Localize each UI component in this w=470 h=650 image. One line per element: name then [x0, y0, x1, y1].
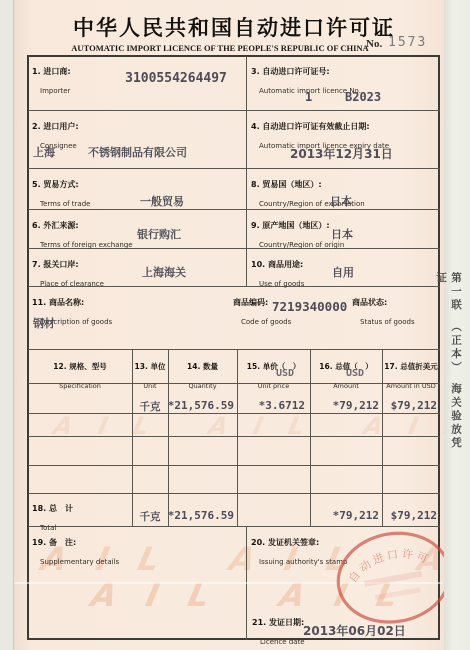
field-expiry-label-cn: 4. 自动进口许可证有效截止日期: — [251, 122, 370, 131]
terms-of-trade-label-en: Terms of trade — [40, 200, 90, 208]
field-consignee: 2. 进口用户: Consignee — [28, 111, 247, 169]
col-unit-cn: 13. 单位 — [135, 362, 166, 371]
foreign-exchange-label-cn: 6. 外汇来源: — [32, 221, 79, 230]
table-row-empty — [28, 414, 440, 437]
origin-country-value: 日本 — [331, 226, 353, 242]
place-of-clearance-label-cn: 7. 报关口岸: — [32, 260, 79, 269]
total-quantity: *21,576.59 — [160, 509, 234, 522]
licence-date-label-en: Licence date — [260, 638, 305, 646]
field-importer-label-cn: 1. 进口商: — [32, 67, 71, 76]
field-importer-label-en: Importer — [40, 87, 70, 95]
row1-amount-usd: $79,212 — [355, 399, 437, 412]
licence-no-value-2: B2023 — [345, 90, 381, 104]
issuing-authority-stamp: 自动进口许可 — [330, 518, 454, 640]
field-consignee-label-cn: 2. 进口用户: — [32, 122, 79, 131]
col-specification-cn: 12. 规格、型号 — [53, 362, 106, 371]
expiry-date-value: 2013年12月31日 — [290, 145, 393, 162]
copy-designation-text: 第一联 （正本） 海关验放凭证 — [448, 272, 464, 452]
place-of-clearance-value: 上海海关 — [142, 264, 186, 280]
licence-date-label: 21. 发证日期: Licence date — [252, 610, 305, 648]
origin-country-label-en: Country/Region of origin — [259, 241, 344, 249]
code-of-goods-label-cn: 商品编码: — [233, 298, 268, 307]
status-of-goods-label: 商品状态: Status of goods — [352, 290, 415, 328]
field-terms-of-trade: 5. 贸易方式: Terms of trade — [28, 169, 247, 210]
amount-currency-overprint: USD — [346, 368, 364, 379]
origin-country-label-cn: 9. 原产地国（地区）: — [251, 221, 330, 230]
licence-no-label: No. — [366, 38, 382, 50]
description-label-cn: 11. 商品名称: — [32, 298, 84, 307]
col-unit-header: 13. 单位 Unit — [132, 350, 168, 384]
status-of-goods-label-cn: 商品状态: — [352, 298, 387, 307]
foreign-exchange-value: 银行购汇 — [137, 226, 181, 242]
use-of-goods-label-cn: 10. 商品用途: — [251, 260, 303, 269]
col-specification-header: 12. 规格、型号 Specification — [28, 350, 132, 384]
licence-no-value: 1573 — [388, 35, 427, 50]
field-licence-no-label-cn: 3. 自动进口许可证号: — [251, 67, 330, 76]
status-of-goods-label-en: Status of goods — [360, 318, 415, 326]
consignee-value: 上海 不锈钢制品有限公司 — [33, 144, 187, 160]
licence-no-value-1: 1 — [305, 90, 312, 104]
export-country-label-cn: 8. 贸易国（地区）: — [251, 180, 322, 189]
row1-quantity: *21,576.59 — [160, 399, 234, 412]
col-quantity-cn: 14. 数量 — [187, 362, 218, 371]
description-value: 钢材 — [33, 315, 55, 331]
document-title-en: AUTOMATIC IMPORT LICENCE OF THE PEOPLE'S… — [20, 43, 420, 53]
supplementary-label-cn: 19. 备 注: — [32, 538, 76, 547]
row1-unit-price: *3.6712 — [230, 399, 305, 412]
export-country-value: 日本 — [330, 193, 352, 209]
col-quantity-header: 14. 数量 Quantity — [168, 350, 237, 384]
col-amount-usd-header: 17. 总值折美元 Amount in USD — [382, 350, 440, 384]
terms-of-trade-value: 一般贸易 — [140, 193, 184, 209]
field-place-of-clearance: 7. 报关口岸: Place of clearance — [28, 249, 247, 287]
licence-document: AIL AIL AIL AIL AIL AIL AIL AIL AIL AIL … — [0, 0, 470, 650]
code-of-goods-label-en: Code of goods — [241, 318, 291, 326]
field-licence-no: 3. 自动进口许可证号: Automatic import licence No… — [247, 56, 440, 111]
total-label-cn: 18. 总 计 — [32, 504, 73, 513]
foreign-exchange-label-en: Terms of foreign exchange — [40, 241, 133, 249]
col-unit-price-header: 15. 单价（ ） Unit price — [237, 350, 310, 384]
use-of-goods-value: 自用 — [332, 264, 354, 280]
terms-of-trade-label-cn: 5. 贸易方式: — [32, 180, 79, 189]
col-amount-usd-cn: 17. 总值折美元 — [384, 362, 437, 371]
unit-price-currency-overprint: USD — [276, 368, 294, 379]
licence-date-label-cn: 21. 发证日期: — [252, 618, 304, 627]
table-row-empty — [28, 437, 440, 466]
supplementary-label-en: Supplementary details — [40, 558, 119, 566]
code-of-goods-value: 7219340000 — [272, 299, 347, 314]
issuing-authority-label-cn: 20. 发证机关签章: — [251, 538, 319, 547]
table-row-empty — [28, 466, 440, 494]
importer-value: 3100554264497 — [96, 71, 256, 86]
